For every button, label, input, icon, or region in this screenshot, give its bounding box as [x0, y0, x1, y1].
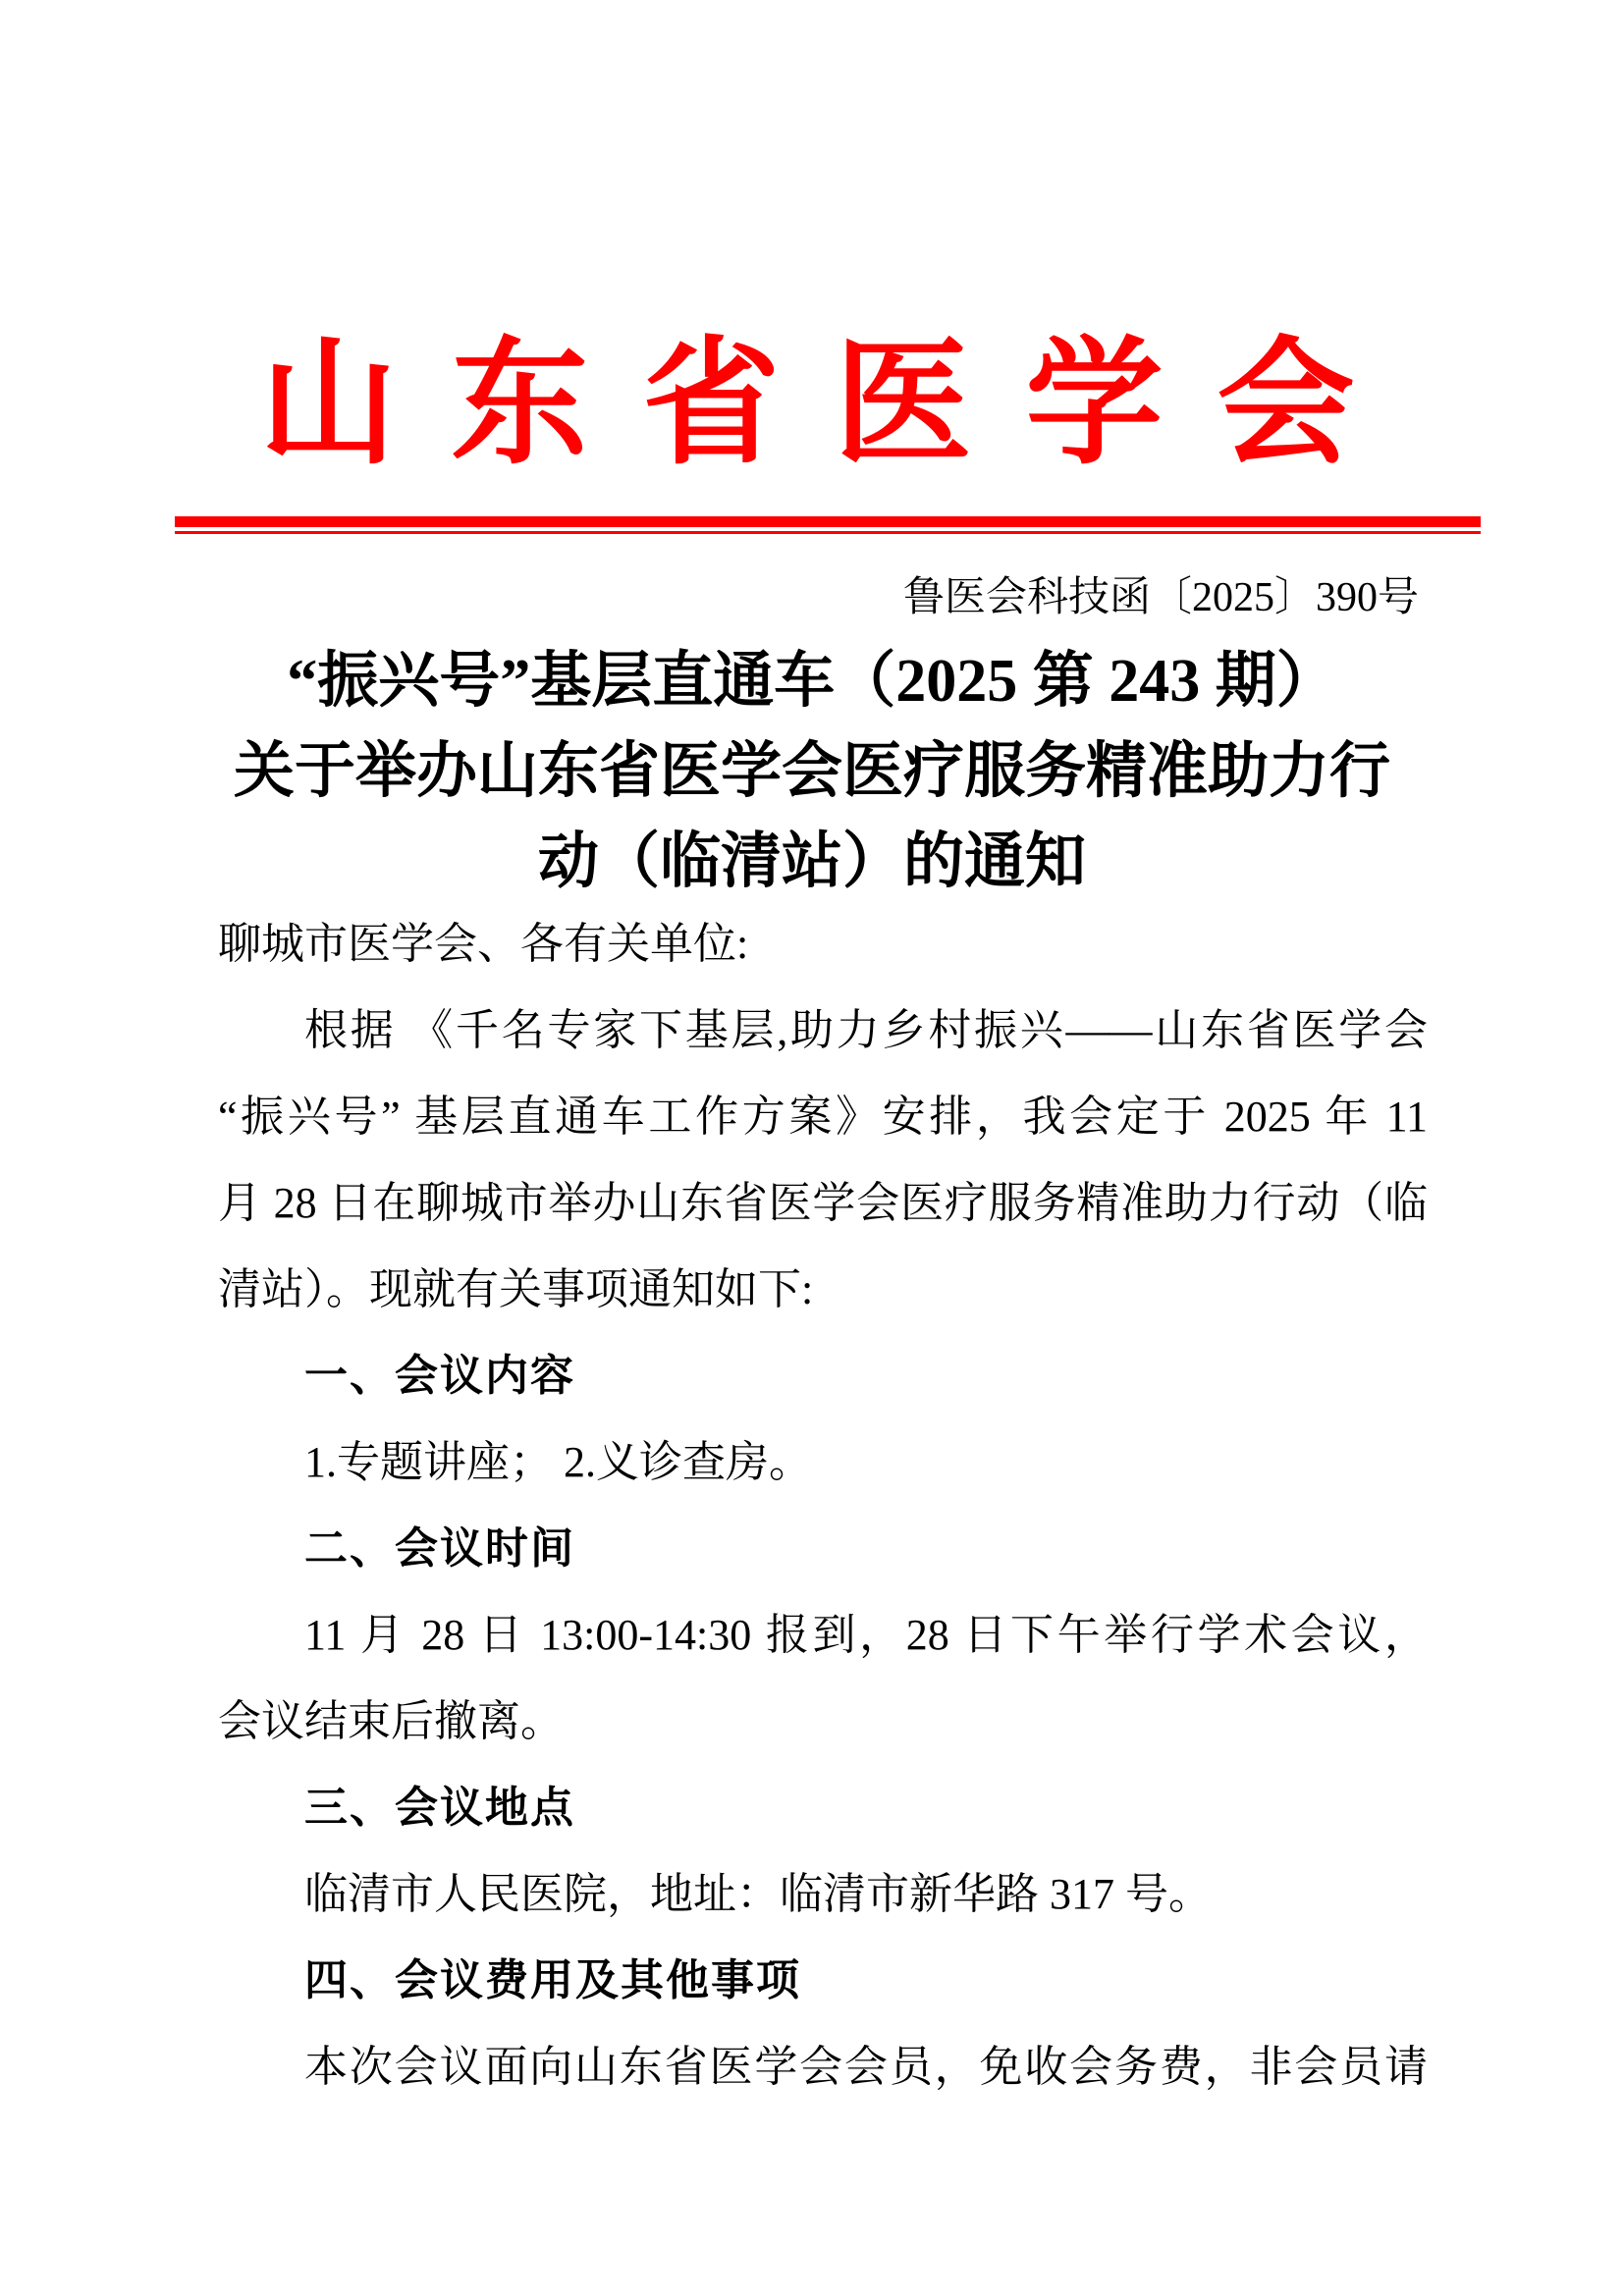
- body-line: 临清市人民医院，地址：临清市新华路 317 号。: [218, 1851, 1428, 1938]
- body-line: 11 月 28 日 13:00-14:30 报到，28 日下午举行学术会议，: [218, 1592, 1428, 1679]
- notice-title-line-1: “振兴号”基层直通车（2025 第 243 期）: [98, 636, 1526, 726]
- notice-title-line-3: 动（临清站）的通知: [98, 817, 1526, 907]
- body-line: “振兴号” 基层直通车工作方案》安排，我会定于 2025 年 11: [218, 1074, 1428, 1160]
- notice-title: “振兴号”基层直通车（2025 第 243 期） 关于举办山东省医学会医疗服务精…: [98, 636, 1526, 907]
- red-double-rule: [175, 516, 1481, 534]
- body-line: 清站）。现就有关事项通知如下:: [218, 1247, 1428, 1333]
- document-reference-number: 鲁医会科技函〔2025〕390号: [903, 573, 1419, 622]
- body-line: 根据 《千名专家下基层,助力乡村振兴——山东省医学会: [218, 988, 1428, 1074]
- body-line: 月 28 日在聊城市举办山东省医学会医疗服务精准助力行动（临: [218, 1160, 1428, 1247]
- section-heading-3: 三、会议地点: [218, 1765, 1428, 1851]
- salutation-line: 聊城市医学会、各有关单位:: [218, 901, 1428, 988]
- notice-title-line-2: 关于举办山东省医学会医疗服务精准助力行: [98, 726, 1526, 817]
- organization-masthead: 山 东 省 医 学 会: [0, 332, 1624, 479]
- body-line: 本次会议面向山东省医学会会员，免收会务费，非会员请: [218, 2024, 1428, 2110]
- section-heading-2: 二、会议时间: [218, 1506, 1428, 1592]
- body-line: 会议结束后撤离。: [218, 1679, 1428, 1765]
- section-heading-4: 四、会议费用及其他事项: [218, 1938, 1428, 2024]
- notice-document-page: { "page": { "paper_color": "#ffffff", "a…: [0, 0, 1624, 2296]
- section-heading-1: 一、会议内容: [218, 1333, 1428, 1419]
- notice-body: 聊城市医学会、各有关单位: 根据 《千名专家下基层,助力乡村振兴——山东省医学会…: [218, 901, 1428, 2110]
- body-line: 1.专题讲座； 2.义诊查房。: [218, 1419, 1428, 1506]
